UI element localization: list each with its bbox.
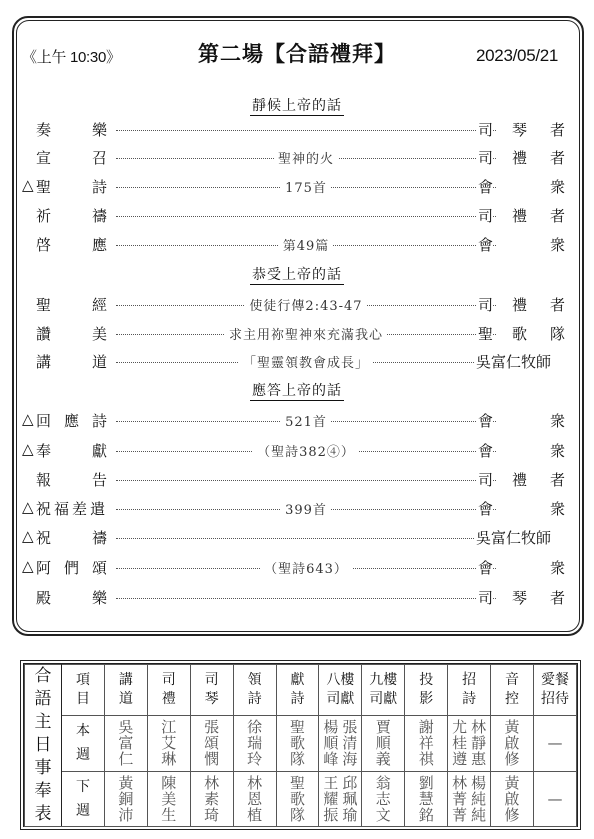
- roster-cell: 聖歌隊: [276, 716, 319, 772]
- section-heading-1: 靜候上帝的話: [0, 95, 594, 115]
- roster-header-cell: 招詩: [448, 665, 491, 716]
- order-item-label: △回應詩: [22, 410, 116, 432]
- order-item-label: △祝福差遣: [22, 498, 116, 520]
- dot-leader: [116, 598, 496, 599]
- roster-cell: 黃啟修: [491, 716, 534, 772]
- order-item-content: （聖詩382④）: [116, 441, 496, 460]
- roster-header-cell: 九樓司獻: [362, 665, 405, 716]
- order-item-label: 宣召: [22, 147, 116, 169]
- order-item-label: 奏樂: [22, 119, 116, 141]
- roster-header-cell: 投影: [405, 665, 448, 716]
- roster-cell: 黃銅沛: [104, 771, 147, 827]
- order-item-leader: 會衆: [474, 498, 570, 520]
- order-item: △祝禱吳富仁牧師: [22, 527, 570, 549]
- order-item: 報告司禮者: [22, 469, 570, 491]
- order-item-label: 讚美: [22, 323, 116, 345]
- order-item-leader: 司禮者: [474, 469, 570, 491]
- section-heading-2: 恭受上帝的話: [0, 264, 594, 284]
- order-item: 讚美求主用祢聖神來充滿我心聖歌隊: [22, 323, 570, 345]
- order-item: 啓應第49篇會衆: [22, 234, 570, 256]
- order-item-leader: 會衆: [474, 234, 570, 256]
- roster-cell: 陳美生: [147, 771, 190, 827]
- order-item: 殿樂司琴者: [22, 587, 570, 609]
- order-item-content: 175首: [116, 177, 496, 196]
- order-item: △阿們頌（聖詩643）會衆: [22, 557, 570, 579]
- roster-cell: 翁志文: [362, 771, 405, 827]
- order-item-leader: 會衆: [474, 176, 570, 198]
- order-item: △祝福差遣399首會衆: [22, 498, 570, 520]
- order-item-label: △聖詩: [22, 176, 116, 198]
- order-item-leader: 會衆: [474, 410, 570, 432]
- roster-cell: 尤桂遵林靜惠: [448, 716, 491, 772]
- order-item: 祈禱司禮者: [22, 205, 570, 227]
- triangle-stand-icon: △: [22, 527, 34, 545]
- order-item-leader: 聖歌隊: [474, 323, 570, 345]
- roster-cell: 王耀振邱珮瑜: [319, 771, 362, 827]
- order-item: 講道「聖靈領教會成長」吳富仁牧師: [22, 351, 570, 373]
- order-item-label: 殿樂: [22, 587, 116, 609]
- roster-cell: 林素琦: [190, 771, 233, 827]
- roster-header-cell: 領詩: [233, 665, 276, 716]
- order-item-content: 第49篇: [116, 235, 496, 254]
- roster-week-label: 本週: [62, 716, 105, 772]
- order-item-label: 啓應: [22, 234, 116, 256]
- order-item-leader: 司禮者: [474, 205, 570, 227]
- order-item-leader: 司琴者: [474, 587, 570, 609]
- order-item: 聖經使徒行傳2:43-47司禮者: [22, 294, 570, 316]
- order-item-label: 報告: [22, 469, 116, 491]
- order-item-label: △阿們頌: [22, 557, 116, 579]
- order-item-label: △祝禱: [22, 527, 116, 549]
- roster-cell: 林菁菁楊純純: [448, 771, 491, 827]
- order-item: △回應詩521首會衆: [22, 410, 570, 432]
- service-date: 2023/05/21: [476, 46, 558, 66]
- roster-cell: 徐瑞玲: [233, 716, 276, 772]
- roster-header-cell: 八樓司獻: [319, 665, 362, 716]
- roster-cell: 楊順峰張清海: [319, 716, 362, 772]
- roster-header-cell: 司琴: [190, 665, 233, 716]
- order-item-content: 「聖靈領教會成長」: [116, 352, 496, 371]
- order-item-label: △奉獻: [22, 440, 116, 462]
- roster-header-cell: 司禮: [147, 665, 190, 716]
- order-item: 奏樂司琴者: [22, 119, 570, 141]
- dot-leader: [116, 538, 496, 539]
- order-item-leader: 吳富仁牧師: [474, 527, 570, 549]
- roster-cell: 林恩植: [233, 771, 276, 827]
- order-item-leader: 會衆: [474, 440, 570, 462]
- order-item-content: 521首: [116, 411, 496, 430]
- roster-cell: —: [533, 771, 576, 827]
- roster-row-this-week: 本週吳富仁江艾琳張頌憫徐瑞玲聖歌隊楊順峰張清海賈順義謝祥祺尤桂遵林靜惠黃啟修—: [25, 716, 577, 772]
- order-item-label: 聖經: [22, 294, 116, 316]
- triangle-stand-icon: △: [22, 410, 34, 428]
- order-item: △聖詩175首會衆: [22, 176, 570, 198]
- roster-cell: 吳富仁: [104, 716, 147, 772]
- roster-cell: 聖歌隊: [276, 771, 319, 827]
- roster-week-label: 下週: [62, 771, 105, 827]
- dot-leader: [116, 480, 496, 481]
- roster-cell: 張頌憫: [190, 716, 233, 772]
- order-item-leader: 司禮者: [474, 294, 570, 316]
- order-item-content: 399首: [116, 499, 496, 518]
- roster-header-cell: 獻詩: [276, 665, 319, 716]
- roster-cell: 賈順義: [362, 716, 405, 772]
- order-item-leader: 司琴者: [474, 119, 570, 141]
- roster-header-cell: 音控: [491, 665, 534, 716]
- roster-cell: 江艾琳: [147, 716, 190, 772]
- order-item: 宣召聖神的火司禮者: [22, 147, 570, 169]
- roster-cell: 黃啟修: [491, 771, 534, 827]
- roster-title: 合語主日事奉表: [25, 665, 62, 827]
- order-item-content: （聖詩643）: [116, 558, 496, 577]
- triangle-stand-icon: △: [22, 557, 34, 575]
- dot-leader: [116, 130, 496, 131]
- section-heading-3: 應答上帝的話: [0, 380, 594, 400]
- roster-cell: 劉慧銘: [405, 771, 448, 827]
- triangle-stand-icon: △: [22, 498, 34, 516]
- order-item-leader: 會衆: [474, 557, 570, 579]
- dot-leader: [116, 216, 496, 217]
- roster-header-cell: 講道: [104, 665, 147, 716]
- order-item-content: 求主用祢聖神來充滿我心: [116, 324, 496, 343]
- roster-header-cell: 項目: [62, 665, 105, 716]
- roster-cell: 謝祥祺: [405, 716, 448, 772]
- roster-row-next-week: 下週黃銅沛陳美生林素琦林恩植聖歌隊王耀振邱珮瑜翁志文劉慧銘林菁菁楊純純黃啟修—: [25, 771, 577, 827]
- order-item-leader: 司禮者: [474, 147, 570, 169]
- triangle-stand-icon: △: [22, 176, 34, 194]
- roster-header-cell: 愛餐招待: [533, 665, 576, 716]
- order-item-content: 聖神的火: [116, 148, 496, 167]
- triangle-stand-icon: △: [22, 440, 34, 458]
- order-item-content: 使徒行傳2:43-47: [116, 295, 496, 314]
- order-item-label: 祈禱: [22, 205, 116, 227]
- order-item-label: 講道: [22, 351, 116, 373]
- order-item-leader: 吳富仁牧師: [474, 351, 570, 373]
- duty-roster-table: 合語主日事奉表 項目 講道 司禮 司琴 領詩 獻詩 八樓司獻 九樓司獻 投影 招…: [20, 660, 581, 830]
- roster-cell: —: [533, 716, 576, 772]
- order-item: △奉獻（聖詩382④）會衆: [22, 440, 570, 462]
